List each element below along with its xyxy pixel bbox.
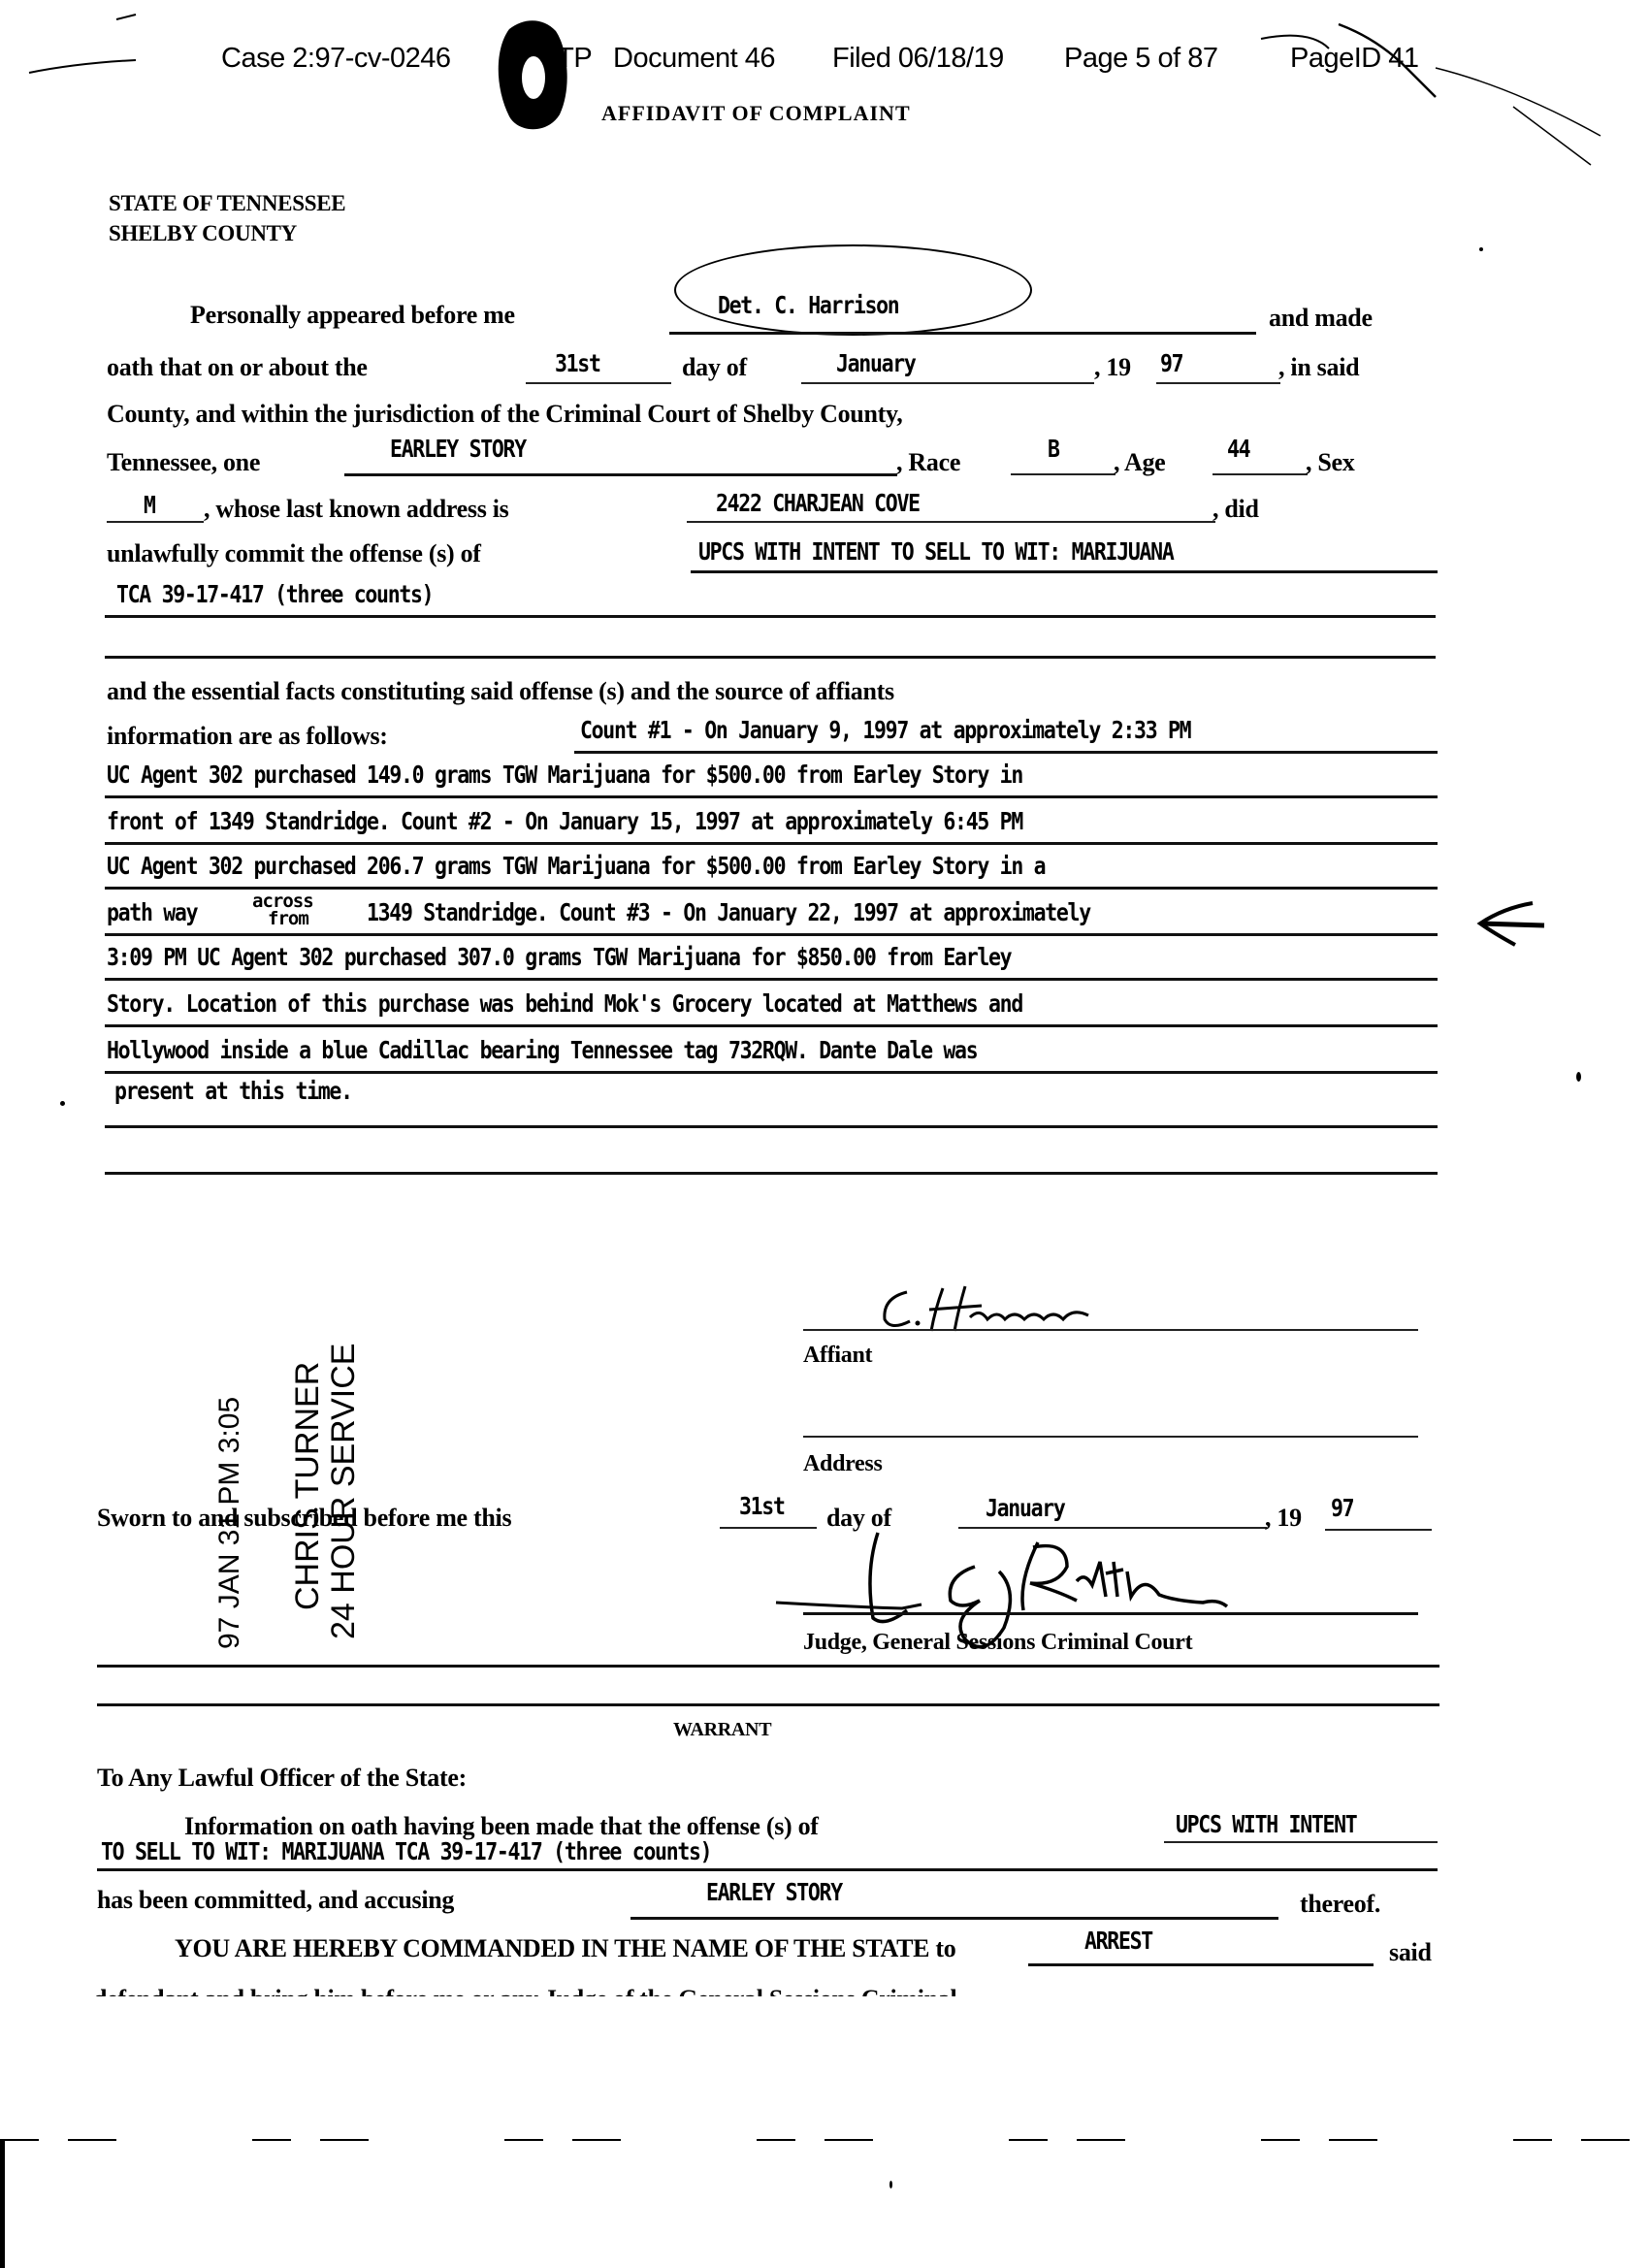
facts-line: Count #1 - On January 9, 1997 at approxi…: [580, 716, 1190, 744]
race-label: , Race: [896, 448, 960, 477]
facts-line: UC Agent 302 purchased 149.0 grams TGW M…: [107, 761, 1022, 789]
and-made-label: and made: [1269, 304, 1373, 333]
scan-speck: [60, 1101, 65, 1106]
in-said-label: , in said: [1278, 353, 1359, 382]
hand-drawn-circle: [674, 244, 1032, 336]
command-label: YOU ARE HEREBY COMMANDED IN THE NAME OF …: [175, 1934, 955, 1963]
day-of-label: day of: [682, 353, 747, 382]
address-field: 2422 CHARJEAN COVE: [716, 489, 920, 517]
facts-line: present at this time.: [114, 1077, 352, 1105]
race-field: B: [1048, 435, 1059, 463]
year-field: 97: [1160, 349, 1182, 377]
address-underline: [687, 521, 1215, 523]
month-field: January: [836, 349, 916, 377]
information-label: information are as follows:: [107, 722, 388, 751]
section-divider: [97, 1665, 1439, 1668]
race-underline: [1011, 473, 1115, 475]
last-known-address-label: , whose last known address is: [204, 495, 508, 524]
day-field: 31st: [555, 349, 600, 377]
command-action-underline: [1028, 1963, 1374, 1966]
facts-underline: [105, 887, 1438, 890]
facts-line: Story. Location of this purchase was beh…: [107, 989, 1022, 1018]
oath-label: oath that on or about the: [107, 353, 368, 382]
command-action-field: ARREST: [1084, 1927, 1152, 1955]
judge-label: Judge, General Sessions Criminal Court: [803, 1630, 1192, 1656]
form-title: AFFIDAVIT OF COMPLAINT: [601, 101, 911, 126]
scanned-document-page: Case 2:97-cv-0246 -TP Document 46 Filed …: [0, 0, 1649, 2268]
facts-line: 1349 Standridge. Count #3 - On January 2…: [367, 898, 1090, 926]
facts-underline: [105, 1172, 1438, 1175]
affiant-name-field: Det. C. Harrison: [718, 291, 898, 319]
age-underline: [1212, 473, 1308, 475]
age-field: 44: [1227, 435, 1249, 463]
state-label: STATE OF TENNESSEE: [109, 191, 345, 216]
offense-label: unlawfully commit the offense (s) of: [107, 539, 481, 568]
appeared-before-label: Personally appeared before me: [190, 301, 515, 330]
scan-speck: [889, 2181, 892, 2188]
jurisdiction-statement: County, and within the jurisdiction of t…: [107, 400, 902, 429]
accusing-label: has been committed, and accusing: [97, 1886, 454, 1915]
offense-field-line1: UPCS WITH INTENT TO SELL TO WIT: MARIJUA…: [698, 537, 1173, 566]
truncated-warrant-line: defendant and bring him before me or any…: [93, 1985, 956, 1996]
defendant-name-field: EARLEY STORY: [390, 435, 526, 463]
facts-underline: [105, 933, 1438, 936]
scan-speck: [1479, 247, 1483, 251]
day-underline: [526, 382, 671, 384]
sex-field: M: [144, 491, 155, 519]
facts-line: front of 1349 Standridge. Count #2 - On …: [107, 807, 1022, 835]
accused-underline: [630, 1917, 1278, 1920]
scan-edge-line: [0, 2139, 1649, 2141]
did-label: , did: [1212, 495, 1259, 524]
facts-line: UC Agent 302 purchased 206.7 grams TGW M…: [107, 852, 1045, 880]
hand-drawn-arrow-icon: [1474, 900, 1552, 949]
age-label: , Age: [1114, 448, 1165, 477]
sex-underline: [107, 521, 204, 523]
judge-signature-line: [803, 1612, 1418, 1615]
month-underline: [801, 382, 1094, 384]
warrant-offense-underline-1: [1164, 1841, 1438, 1843]
scan-left-edge: [0, 2140, 5, 2268]
warrant-salutation: To Any Lawful Officer of the State:: [97, 1764, 467, 1793]
affiant-name-underline: [669, 332, 1256, 335]
offense-underline-2: [105, 615, 1436, 618]
facts-underline: [105, 978, 1438, 981]
sworn-year-field: 97: [1331, 1494, 1353, 1522]
stamp-name-line: CHRIS TURNER: [289, 1362, 327, 1610]
warrant-title: WARRANT: [673, 1719, 771, 1741]
year-underline: [1156, 382, 1280, 384]
affiant-signature-line: [803, 1329, 1418, 1331]
facts-underline: [105, 795, 1438, 798]
warrant-offense-line1: UPCS WITH INTENT: [1176, 1810, 1356, 1838]
defendant-name-underline: [344, 473, 897, 476]
sworn-year-underline: [1325, 1529, 1432, 1531]
signature-address-label: Address: [803, 1451, 882, 1477]
scan-artifact-lines-icon: [0, 0, 1649, 194]
said-label: said: [1389, 1938, 1432, 1967]
scan-speck: [1576, 1072, 1581, 1082]
facts-line: Hollywood inside a blue Cadillac bearing…: [107, 1036, 977, 1064]
stamp-service-line: 24 HOUR SERVICE: [325, 1344, 363, 1639]
facts-underline: [105, 842, 1438, 845]
facts-line: 3:09 PM UC Agent 302 purchased 307.0 gra…: [107, 943, 1011, 971]
stamp-date-line: 97 JAN 31 PM 3:05: [213, 1397, 246, 1649]
thereof-label: thereof.: [1300, 1890, 1380, 1919]
county-label: SHELBY COUNTY: [109, 221, 297, 246]
section-divider: [97, 1703, 1439, 1706]
address-signature-line: [803, 1436, 1418, 1438]
affiant-label: Affiant: [803, 1343, 872, 1369]
offense-underline-1: [691, 570, 1438, 573]
facts-line: path way: [107, 898, 197, 926]
facts-underline: [105, 1024, 1438, 1027]
essential-facts-label: and the essential facts constituting sai…: [107, 677, 894, 706]
truncated-line-clip: defendant and bring him before me or any…: [0, 1979, 1649, 1996]
warrant-offense-line2: TO SELL TO WIT: MARIJUANA TCA 39-17-417 …: [101, 1837, 711, 1865]
facts-underline: [105, 1071, 1438, 1074]
facts-underline: [105, 1125, 1438, 1128]
tennessee-one-label: Tennessee, one: [107, 448, 260, 477]
warrant-offense-underline-2: [97, 1868, 1438, 1871]
offense-field-line2: TCA 39-17-417 (three counts): [116, 580, 433, 608]
handwritten-insert-from: from: [268, 908, 308, 929]
facts-underline: [574, 751, 1438, 754]
offense-underline-3: [105, 656, 1436, 659]
sex-label: , Sex: [1306, 448, 1355, 477]
accused-name-field: EARLEY STORY: [706, 1878, 842, 1906]
year-prefix-label: , 19: [1094, 353, 1131, 382]
